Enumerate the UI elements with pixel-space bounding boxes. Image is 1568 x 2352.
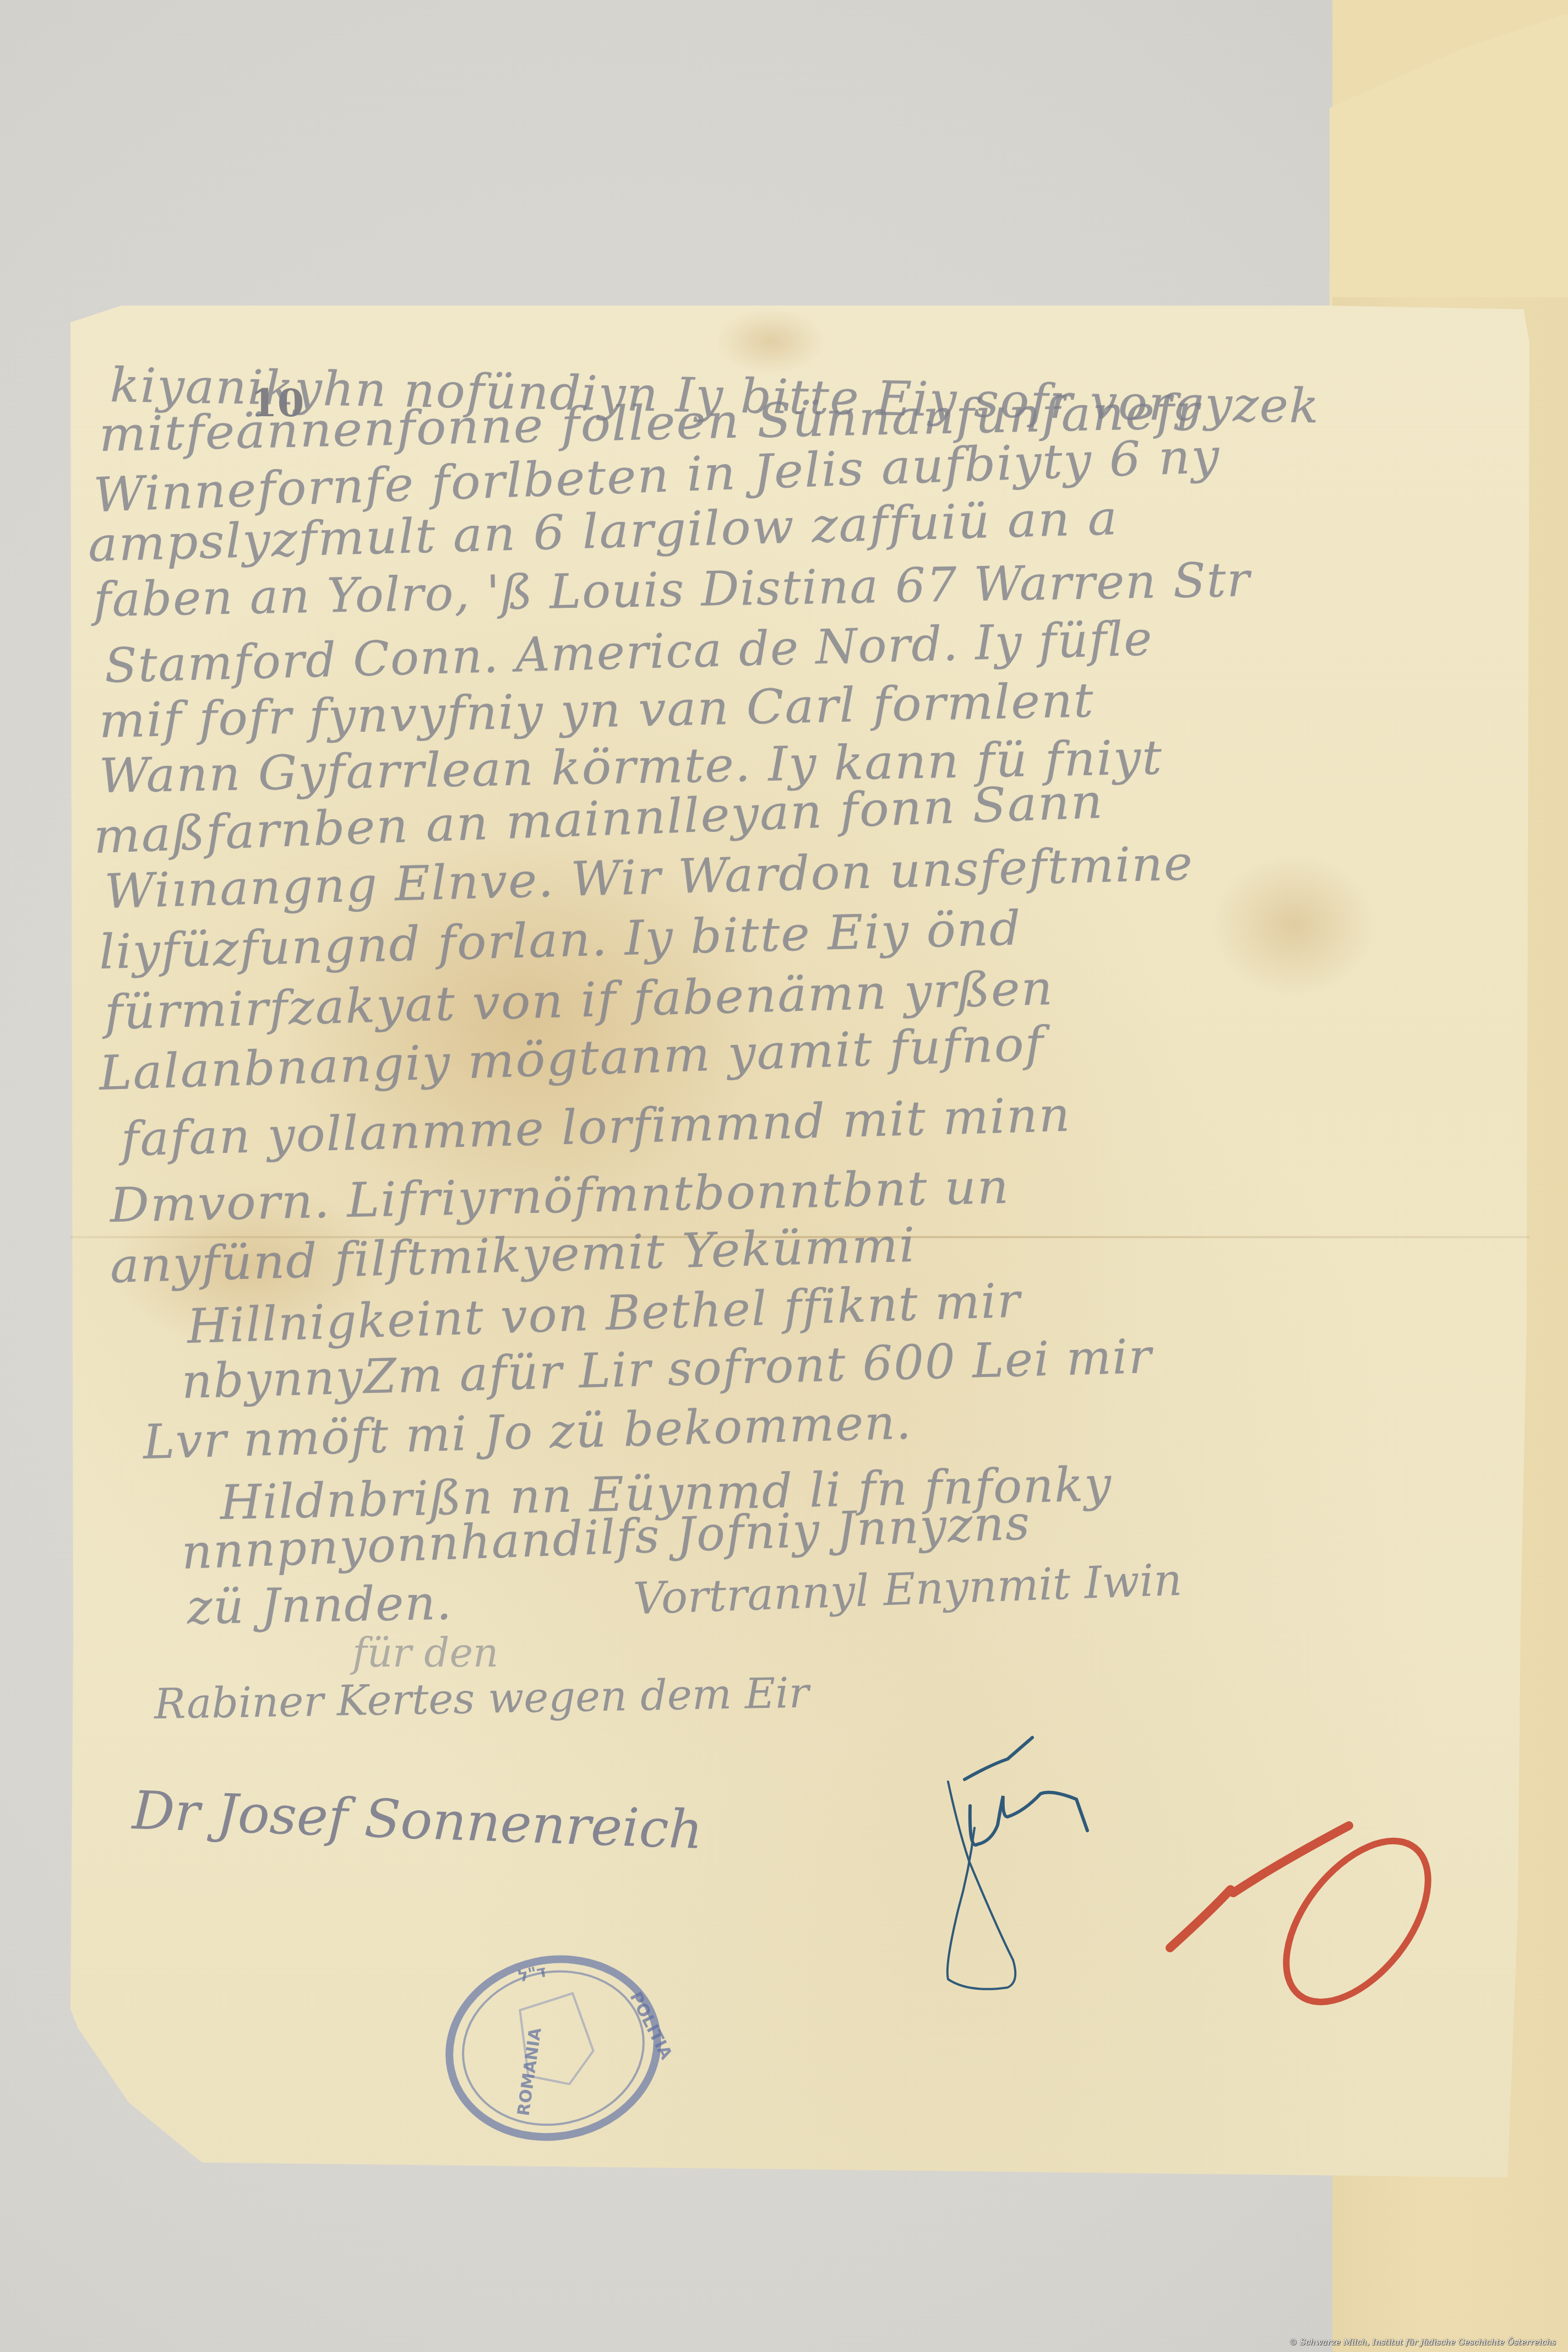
copyright-credit: © Schwarze Milch, Institut für jüdische … [1289,2337,1556,2347]
stain [1211,853,1376,997]
letter-line: zü Jnnden. [187,1576,453,1635]
stain [716,308,826,374]
postscript-fragment: für den [352,1630,498,1676]
